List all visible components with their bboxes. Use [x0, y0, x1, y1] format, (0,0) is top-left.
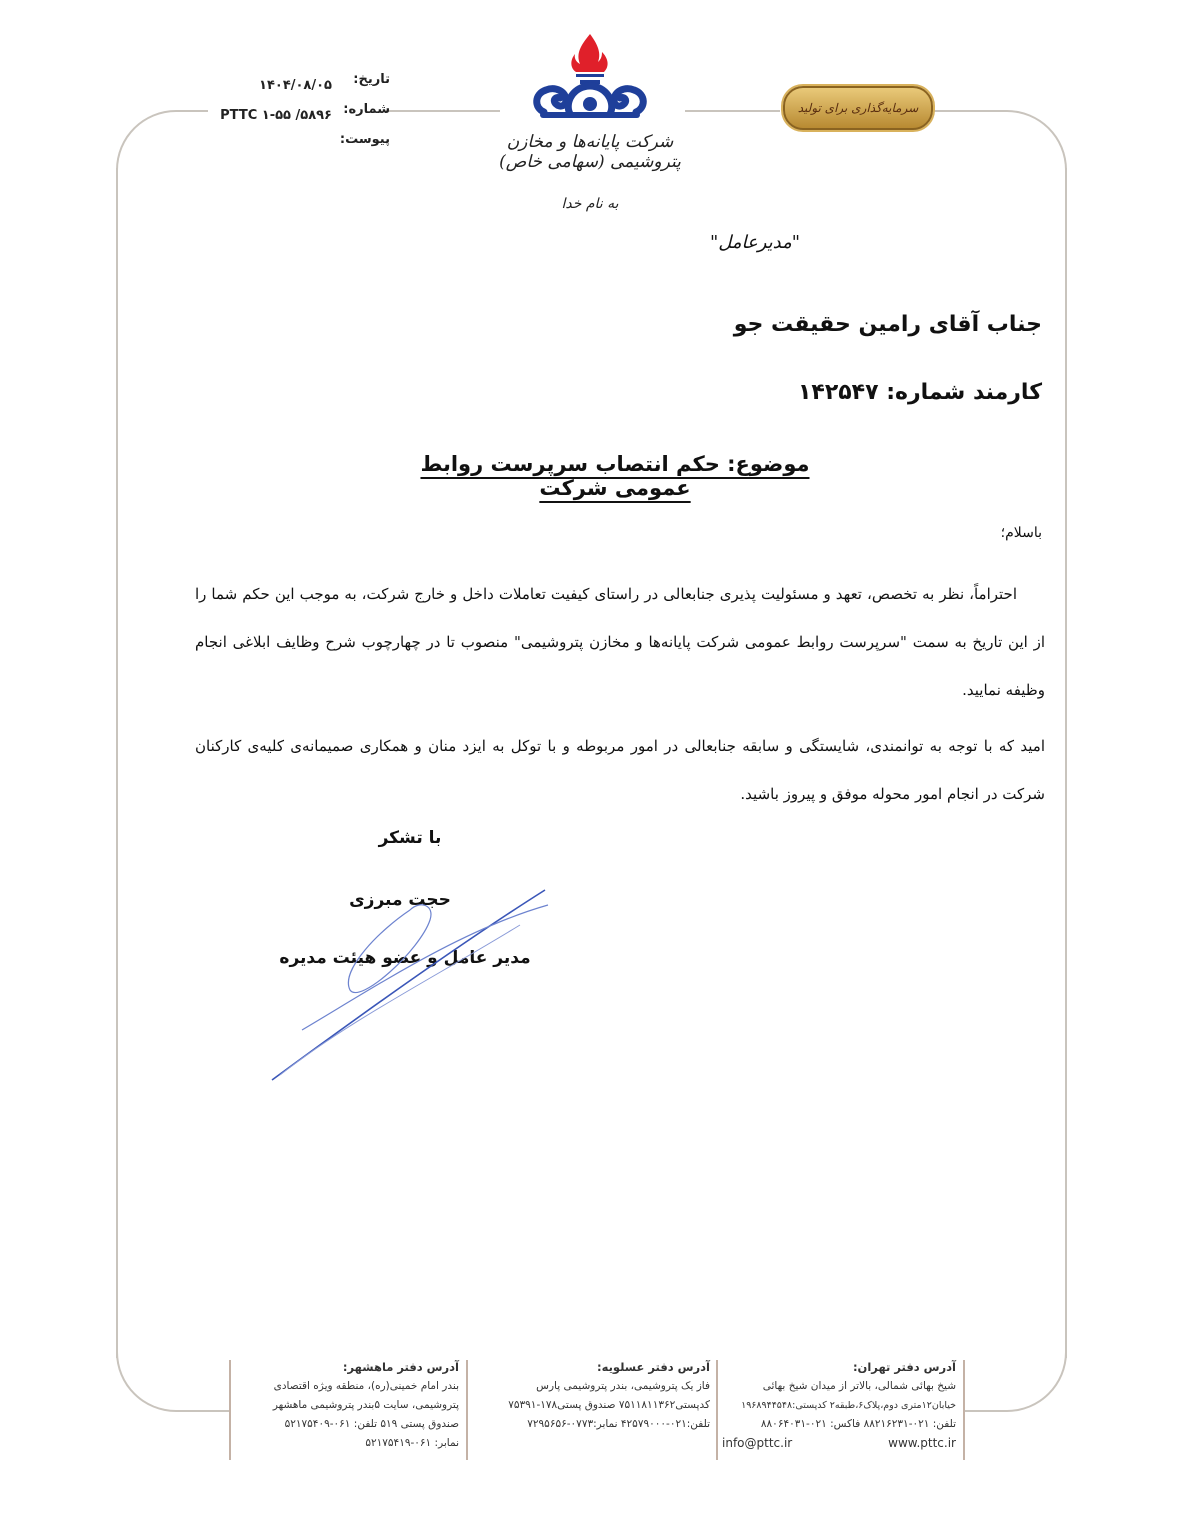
slogan-text: سرمایه‌گذاری برای تولید: [798, 101, 919, 115]
mahshahr-line: صندوق پستی ۵۱۹ تلفن: ۰۶۱-۵۲۱۷۵۴۰۹: [235, 1415, 459, 1434]
footer-mahshahr-office: آدرس دفتر ماهشهر: بندر امام خمینی(ره)، م…: [235, 1358, 459, 1453]
website-link[interactable]: www.pttc.ir: [888, 1434, 956, 1453]
mahshahr-title: آدرس دفتر ماهشهر:: [235, 1358, 459, 1377]
asaluyeh-line: کدپستی۷۵۱۱۸۱۱۳۶۲ صندوق پستی۱۷۸-۷۵۳۹۱: [472, 1396, 710, 1415]
frame-left-edge: [116, 168, 118, 1358]
greeting: باسلام؛: [1001, 525, 1042, 541]
asaluyeh-line: تلفن:۰۲۱-۴۲۵۷۹۰۰۰ نمابر:۰۷۷۳-۷۲۹۵۶۵۶: [472, 1415, 710, 1434]
footer-separator: [229, 1360, 231, 1460]
footer-separator: [963, 1360, 965, 1460]
tehran-line: شیخ بهائی شمالی، بالاتر از میدان شیخ بها…: [722, 1377, 956, 1396]
mahshahr-line: نمابر: ۰۶۱-۵۲۱۷۵۴۱۹: [235, 1434, 459, 1453]
signature-scribble-icon: [260, 880, 560, 1090]
frame-right-edge: [1065, 168, 1067, 1358]
asaluyeh-line: فاز یک پتروشیمی، بندر پتروشیمی پارس: [472, 1377, 710, 1396]
footer-separator: [716, 1360, 718, 1460]
asaluyeh-title: آدرس دفتر عسلویه:: [472, 1358, 710, 1377]
company-logo: شرکت پایانه‌ها و مخازن پتروشیمی (سهامی خ…: [470, 28, 710, 188]
body-paragraph-1: احتراماً، نظر به تخصص، تعهد و مسئولیت پذ…: [195, 570, 1045, 714]
tehran-title: آدرس دفتر تهران:: [722, 1358, 956, 1377]
mahshahr-line: پتروشیمی، سایت ۵بندر پتروشیمی ماهشهر: [235, 1396, 459, 1415]
frame-corner-top-right: [975, 110, 1067, 172]
closing: با تشکر: [340, 828, 480, 848]
body-paragraph-2: امید که با توجه به توانمندی، شایستگی و س…: [195, 722, 1045, 818]
footer-tehran-office: آدرس دفتر تهران: شیخ بهائی شمالی، بالاتر…: [722, 1358, 956, 1453]
employee-number: کارمند شماره: ۱۴۲۵۴۷: [798, 380, 1042, 405]
frame-corner-bottom-right: [965, 1350, 1067, 1412]
recipient-name: جناب آقای رامین حقیقت جو: [734, 312, 1042, 337]
email-link[interactable]: info@pttc.ir: [722, 1434, 792, 1453]
subject-line: موضوع: حکم انتصاب سرپرست روابط عمومی شرک…: [380, 452, 850, 500]
date-value: ۱۴۰۴/۰۸/۰۵: [202, 78, 332, 93]
letter-meta: تاریخ: ۱۴۰۴/۰۸/۰۵ شماره: PTTC ۱-۵۵ /۵۸۹۶…: [200, 68, 390, 158]
frame-corner-bottom-left: [116, 1350, 230, 1412]
role-title: "مدیرعامل": [700, 232, 810, 253]
tehran-line: تلفن: ۰۲۱-۸۸۲۱۶۲۳۱ فاکس: ۰۲۱-۸۸۰۶۴۰۳۱: [722, 1415, 956, 1434]
frame-top-line-right: [930, 110, 980, 112]
company-name: شرکت پایانه‌ها و مخازن پتروشیمی (سهامی خ…: [470, 132, 710, 172]
footer-asaluyeh-office: آدرس دفتر عسلویه: فاز یک پتروشیمی، بندر …: [472, 1358, 710, 1434]
slogan-badge: سرمایه‌گذاری برای تولید: [783, 86, 933, 130]
number-value: PTTC ۱-۵۵ /۵۸۹۶: [182, 108, 332, 123]
petrochemical-emblem-icon: [530, 28, 650, 124]
tehran-line: خیابان۱۲متری دوم،پلاک۶،طبقه۲ کدپستی:۱۹۶۸…: [722, 1396, 956, 1415]
mahshahr-line: بندر امام خمینی(ره)، منطقه ویژه اقتصادی: [235, 1377, 459, 1396]
attachment-label: پیوست:: [340, 132, 390, 147]
number-label: شماره:: [343, 102, 390, 117]
basmala: به نام خدا: [555, 196, 625, 212]
date-label: تاریخ:: [353, 72, 390, 87]
footer-separator: [466, 1360, 468, 1460]
